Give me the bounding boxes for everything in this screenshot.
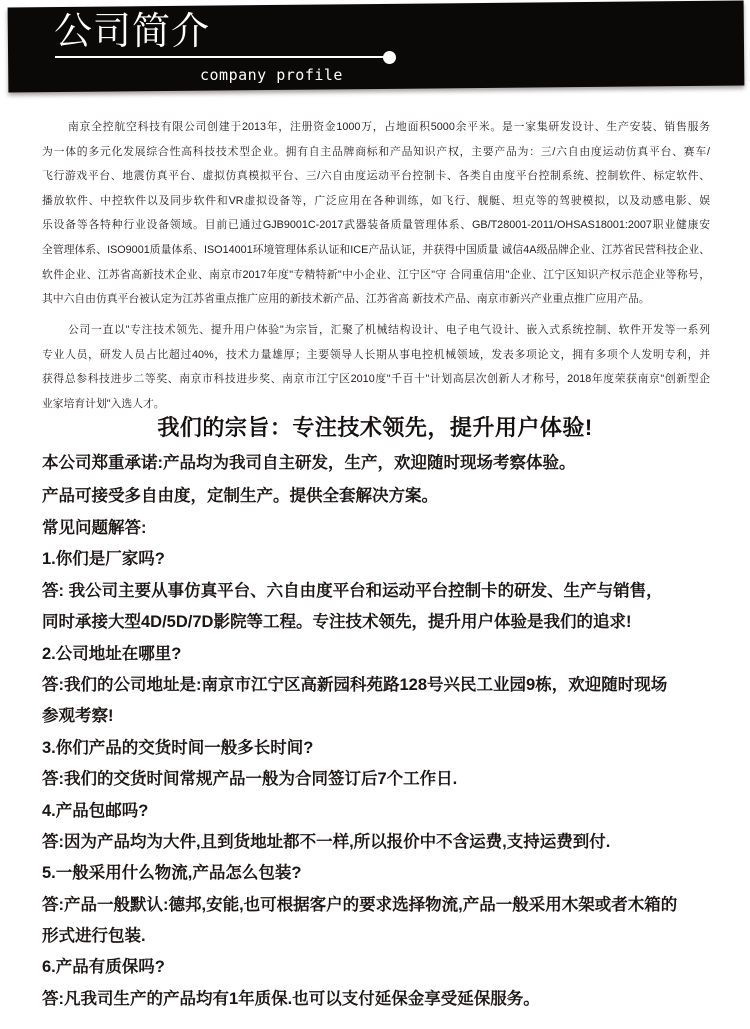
paragraph-line: 播放软件、中控软件以及同步软件和VR虚拟设备等，广泛应用在各种训练，如飞行、舰艇… [42,189,710,214]
faq-section: 常见问题解答: 1.你们是厂家吗? 答: 我公司主要从事仿真平台、六自由度平台和… [42,513,718,1015]
faq-answer-4: 答:因为产品均为大件,且到货地址都不一样,所以报价中不含运费,支持运费到付. [42,827,718,858]
company-team-paragraph: 公司一直以"专注技术领先、提升用户体验"为宗旨，汇聚了机械结构设计、电子电气设计… [42,318,710,416]
faq-answer-3: 答:我们的交货时间常规产品一般为合同签订后7个工作日. [42,764,718,795]
paragraph-line: 为一体的多元化发展综合性高科技技术型企业。拥有自主品牌商标和产品知识产权，主要产… [42,140,710,165]
faq-heading: 常见问题解答: [42,513,718,544]
faq-question-2: 2.公司地址在哪里? [42,639,718,670]
company-intro-paragraph: 南京全控航空科技有限公司创建于2013年，注册资金1000万，占地面积5000余… [42,115,710,312]
faq-answer-2-line-2: 参观考察! [42,701,718,732]
title-underline [55,56,388,58]
title-underline-dot [383,51,396,64]
paragraph-line: 其中六自由仿真平台被认定为江苏省重点推广应用的新技术新产品、江苏省高 新技术产品… [42,287,710,312]
faq-answer-1-line-2: 同时承接大型4D/5D/7D影院等工程。专注技术领先，提升用户体验是我们的追求! [42,607,718,638]
paragraph-line: 南京全控航空科技有限公司创建于2013年，注册资金1000万，占地面积5000余… [42,115,710,140]
faq-answer-1-line-1: 答: 我公司主要从事仿真平台、六自由度平台和运动平台控制卡的研发、生产与销售， [42,576,718,607]
paragraph-line: 专业人员，研发人员占比超过40%，技术力量雄厚；主要领导人长期从事电控机械领域，… [42,343,710,368]
promise-line: 产品可接受多自由度，定制生产。提供全套解决方案。 [42,482,722,506]
faq-answer-5-line-2: 形式进行包装. [42,921,718,952]
faq-answer-5-line-1: 答:产品一般默认:德邦,安能,也可根据客户的要求选择物流,产品一般采用木架或者木… [42,890,718,921]
faq-question-4: 4.产品包邮吗? [42,796,718,827]
page-title: 公司简介 [54,12,210,52]
faq-answer-6: 答:凡我司生产的产品均有1年质保.也可以支付延保金享受延保服务。 [42,984,718,1015]
faq-question-1: 1.你们是厂家吗? [42,544,718,575]
company-profile-page: 公司简介 company profile 南京全控航空科技有限公司创建于2013… [0,0,750,1029]
paragraph-line: 公司一直以"专注技术领先、提升用户体验"为宗旨，汇聚了机械结构设计、电子电气设计… [42,318,710,343]
paragraph-line: 获得总参科技进步二等奖、南京市科技进步奖、南京市江宁区2010度"千百十"计划高… [42,367,710,392]
paragraph-line: 软件企业、江苏省高新技术企业、南京市2017年度"专精特新"中小企业、江宁区"守… [42,263,710,288]
promise-line: 本公司郑重承诺:产品均为我司自主研发，生产，欢迎随时现场考察体验。 [42,449,722,473]
page-subtitle: company profile [200,66,343,84]
paragraph-line: 全管理体系、ISO9001质量体系、ISO14001环境管理体系认证和ICE产品… [42,238,710,263]
paragraph-line: 飞行游戏平台、地震仿真平台、虚拟仿真模拟平台、三/六自由度运动平台控制卡、各类自… [42,164,710,189]
paragraph-line: 乐设备等各特种行业设备领域。目前已通过GJB9001C-2017武器装备质量管理… [42,213,710,238]
faq-question-3: 3.你们产品的交货时间一般多长时间? [42,733,718,764]
faq-answer-2-line-1: 答:我们的公司地址是:南京市江宁区高新园科苑路128号兴民工业园9栋，欢迎随时现… [42,670,718,701]
faq-question-6: 6.产品有质保吗? [42,952,718,983]
faq-question-5: 5.一般采用什么物流,产品怎么包装? [42,858,718,889]
slogan-heading: 我们的宗旨：专注技术领先，提升用户体验! [0,411,750,442]
